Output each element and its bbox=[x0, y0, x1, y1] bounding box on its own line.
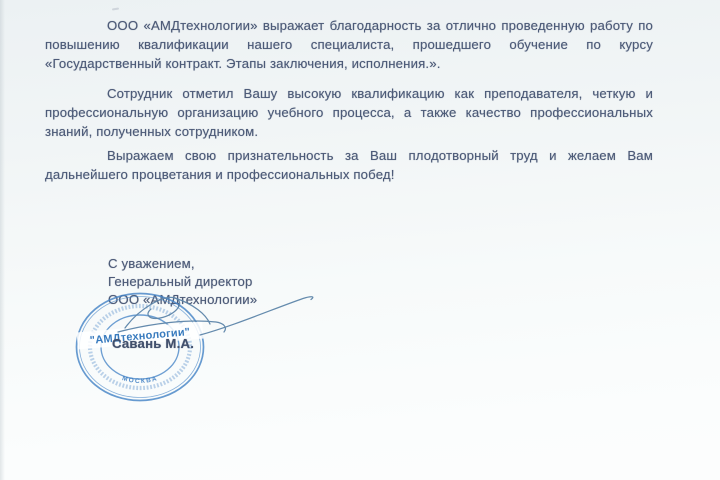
seal-city-text: МОСКВА bbox=[121, 375, 159, 385]
letter-paragraph-3: Выражаем свою признательность за Ваш пло… bbox=[45, 146, 653, 184]
letter-paragraph-2: Сотрудник отметил Вашу высокую квалифика… bbox=[45, 84, 653, 142]
letter-paragraph-1: ООО «АМДтехнологии» выражает благодарнос… bbox=[45, 16, 653, 74]
scan-speckle bbox=[112, 8, 119, 11]
scanned-letter-page: ООО «АМДтехнологии» выражает благодарнос… bbox=[0, 0, 720, 480]
signoff-regards: С уважением, bbox=[108, 255, 257, 273]
svg-text:МОСКВА: МОСКВА bbox=[121, 375, 159, 385]
director-name: Савань М.А. bbox=[112, 336, 194, 351]
scan-edge-shadow bbox=[0, 0, 5, 480]
